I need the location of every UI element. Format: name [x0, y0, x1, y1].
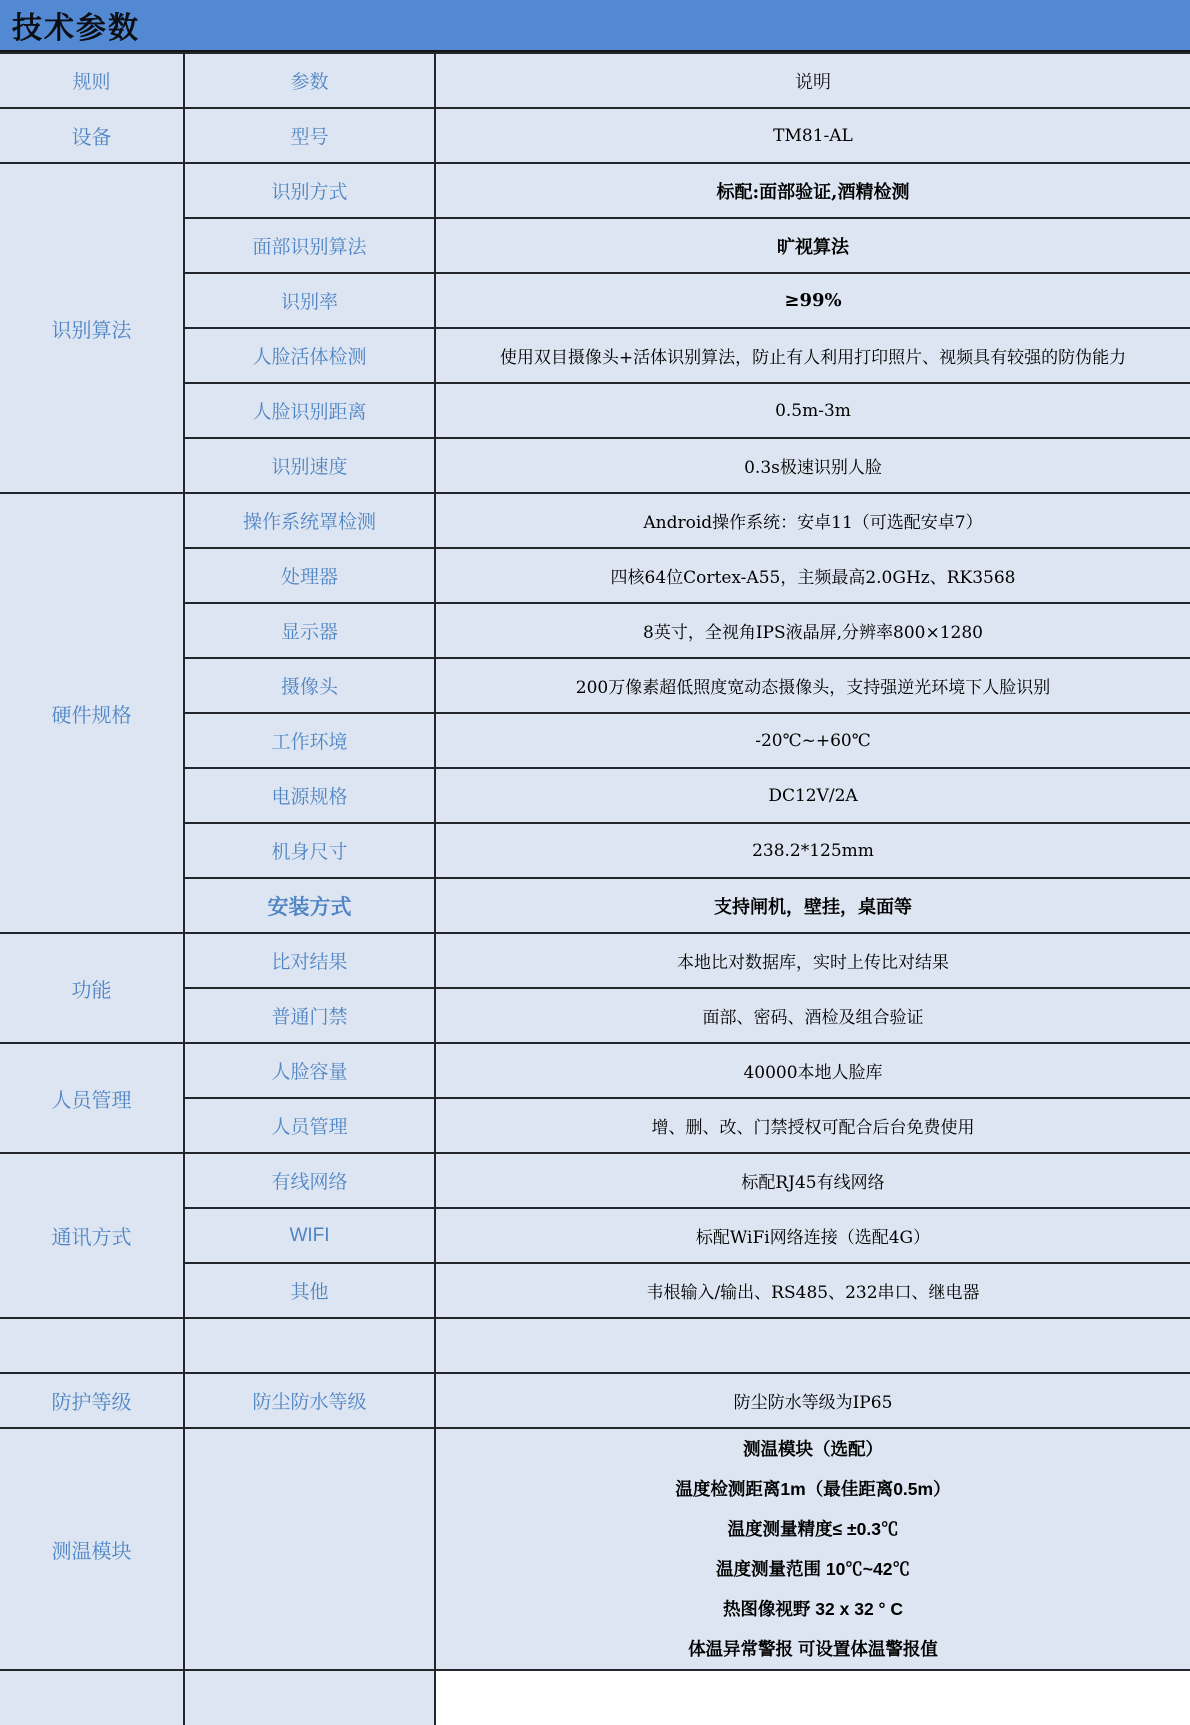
temp-module-line: 温度检测距离1m（最佳距离0.5m）	[436, 1469, 1190, 1509]
desc-cell-personnel-mgmt: 增、删、改、门禁授权可配合后台免费使用	[435, 1098, 1190, 1153]
param-cell-comparison-result: 比对结果	[184, 933, 435, 988]
col-header-rule: 规则	[0, 53, 184, 108]
empty-cell	[184, 1318, 435, 1373]
desc-cell-access-control: 面部、密码、酒检及组合验证	[435, 988, 1190, 1043]
desc-cell-liveness-detection: 使用双目摄像头+活体识别算法，防止有人利用打印照片、视频具有较强的防伪能力	[435, 328, 1190, 383]
desc-cell-os: Android操作系统：安卓11（可选配安卓7）	[435, 493, 1190, 548]
sliver-row	[0, 1670, 1190, 1725]
empty-cell	[0, 1670, 184, 1725]
param-cell-cpu: 处理器	[184, 548, 435, 603]
title-bar: 技术参数	[0, 0, 1190, 52]
param-cell-other: 其他	[184, 1263, 435, 1318]
desc-cell-model: TM81-AL	[435, 108, 1190, 163]
empty-cell	[435, 1318, 1190, 1373]
group-cell-communication: 通讯方式	[0, 1153, 184, 1318]
col-header-desc: 说明	[435, 53, 1190, 108]
table-row: 功能 比对结果 本地比对数据库，实时上传比对结果	[0, 933, 1190, 988]
desc-cell-cpu: 四核64位Cortex-A55，主频最高2.0GHz、RK3568	[435, 548, 1190, 603]
temp-module-line: 热图像视野 32 x 32 ° C	[436, 1589, 1190, 1629]
desc-cell-working-env: -20℃~+60℃	[435, 713, 1190, 768]
table-row: 设备 型号 TM81-AL	[0, 108, 1190, 163]
desc-cell-face-capacity: 40000本地人脸库	[435, 1043, 1190, 1098]
group-cell-device: 设备	[0, 108, 184, 163]
empty-row	[0, 1318, 1190, 1373]
param-cell-temp-empty	[184, 1428, 435, 1670]
param-cell-face-algorithm: 面部识别算法	[184, 218, 435, 273]
group-cell-hardware: 硬件规格	[0, 493, 184, 933]
desc-cell-recognition-distance: 0.5m-3m	[435, 383, 1190, 438]
param-cell-recognition-distance: 人脸识别距离	[184, 383, 435, 438]
param-cell-power: 电源规格	[184, 768, 435, 823]
param-cell-camera: 摄像头	[184, 658, 435, 713]
param-cell-installation: 安装方式	[184, 878, 435, 933]
param-cell-recognition-speed: 识别速度	[184, 438, 435, 493]
param-cell-ip-rating: 防尘防水等级	[184, 1373, 435, 1428]
table-row: 人员管理 人脸容量 40000本地人脸库	[0, 1043, 1190, 1098]
header-row: 规则 参数 说明	[0, 53, 1190, 108]
temp-module-line: 温度测量范围 10℃~42℃	[436, 1549, 1190, 1589]
param-cell-wifi: WIFI	[184, 1208, 435, 1263]
param-cell-recognition-rate: 识别率	[184, 273, 435, 328]
table-row: 防护等级 防尘防水等级 防尘防水等级为IP65	[0, 1373, 1190, 1428]
group-cell-recognition: 识别算法	[0, 163, 184, 493]
empty-cell	[0, 1318, 184, 1373]
group-cell-personnel: 人员管理	[0, 1043, 184, 1153]
param-cell-wired-network: 有线网络	[184, 1153, 435, 1208]
desc-cell-recognition-mode: 标配:面部验证,酒精检测	[435, 163, 1190, 218]
table-row: 识别算法 识别方式 标配:面部验证,酒精检测	[0, 163, 1190, 218]
table-row: 通讯方式 有线网络 标配RJ45有线网络	[0, 1153, 1190, 1208]
param-cell-display: 显示器	[184, 603, 435, 658]
desc-cell-ip-rating: 防尘防水等级为IP65	[435, 1373, 1190, 1428]
page-title: 技术参数	[12, 3, 140, 47]
desc-cell-face-algorithm: 旷视算法	[435, 218, 1190, 273]
desc-cell-installation: 支持闸机，壁挂，桌面等	[435, 878, 1190, 933]
col-header-param: 参数	[184, 53, 435, 108]
desc-cell-dimensions: 238.2*125mm	[435, 823, 1190, 878]
desc-cell-power: DC12V/2A	[435, 768, 1190, 823]
table-row: 硬件规格 操作系统罩检测 Android操作系统：安卓11（可选配安卓7）	[0, 493, 1190, 548]
desc-cell-other: 韦根输入/输出、RS485、232串口、继电器	[435, 1263, 1190, 1318]
param-cell-dimensions: 机身尺寸	[184, 823, 435, 878]
desc-cell-comparison-result: 本地比对数据库，实时上传比对结果	[435, 933, 1190, 988]
spec-sheet-page: 技术参数 规则 参数 说明 设备 型号 TM81-AL 识别算法 识别方式 标配…	[0, 0, 1190, 1725]
desc-cell-camera: 200万像素超低照度宽动态摄像头，支持强逆光环境下人脸识别	[435, 658, 1190, 713]
empty-cell	[184, 1670, 435, 1725]
temp-module-line: 体温异常警报 可设置体温警报值	[436, 1629, 1190, 1669]
group-cell-function: 功能	[0, 933, 184, 1043]
table-row: 测温模块 测温模块（选配） 温度检测距离1m（最佳距离0.5m） 温度测量精度≤…	[0, 1428, 1190, 1670]
temp-module-line: 温度测量精度≤ ±0.3℃	[436, 1509, 1190, 1549]
desc-cell-wired-network: 标配RJ45有线网络	[435, 1153, 1190, 1208]
spec-table: 规则 参数 说明 设备 型号 TM81-AL 识别算法 识别方式 标配:面部验证…	[0, 52, 1190, 1725]
desc-cell-recognition-speed: 0.3s极速识别人脸	[435, 438, 1190, 493]
group-cell-protection: 防护等级	[0, 1373, 184, 1428]
param-cell-working-env: 工作环境	[184, 713, 435, 768]
param-cell-model: 型号	[184, 108, 435, 163]
desc-cell-display: 8英寸，全视角IPS液晶屏,分辨率800×1280	[435, 603, 1190, 658]
param-cell-liveness-detection: 人脸活体检测	[184, 328, 435, 383]
param-cell-face-capacity: 人脸容量	[184, 1043, 435, 1098]
temp-module-line: 测温模块（选配）	[436, 1429, 1190, 1469]
desc-cell-temperature: 测温模块（选配） 温度检测距离1m（最佳距离0.5m） 温度测量精度≤ ±0.3…	[435, 1428, 1190, 1670]
desc-cell-recognition-rate: ≥99%	[435, 273, 1190, 328]
empty-cell	[435, 1670, 1190, 1725]
param-cell-personnel-mgmt: 人员管理	[184, 1098, 435, 1153]
group-cell-temperature: 测温模块	[0, 1428, 184, 1670]
desc-cell-wifi: 标配WiFi网络连接（选配4G）	[435, 1208, 1190, 1263]
param-cell-os: 操作系统罩检测	[184, 493, 435, 548]
param-cell-access-control: 普通门禁	[184, 988, 435, 1043]
param-cell-recognition-mode: 识别方式	[184, 163, 435, 218]
